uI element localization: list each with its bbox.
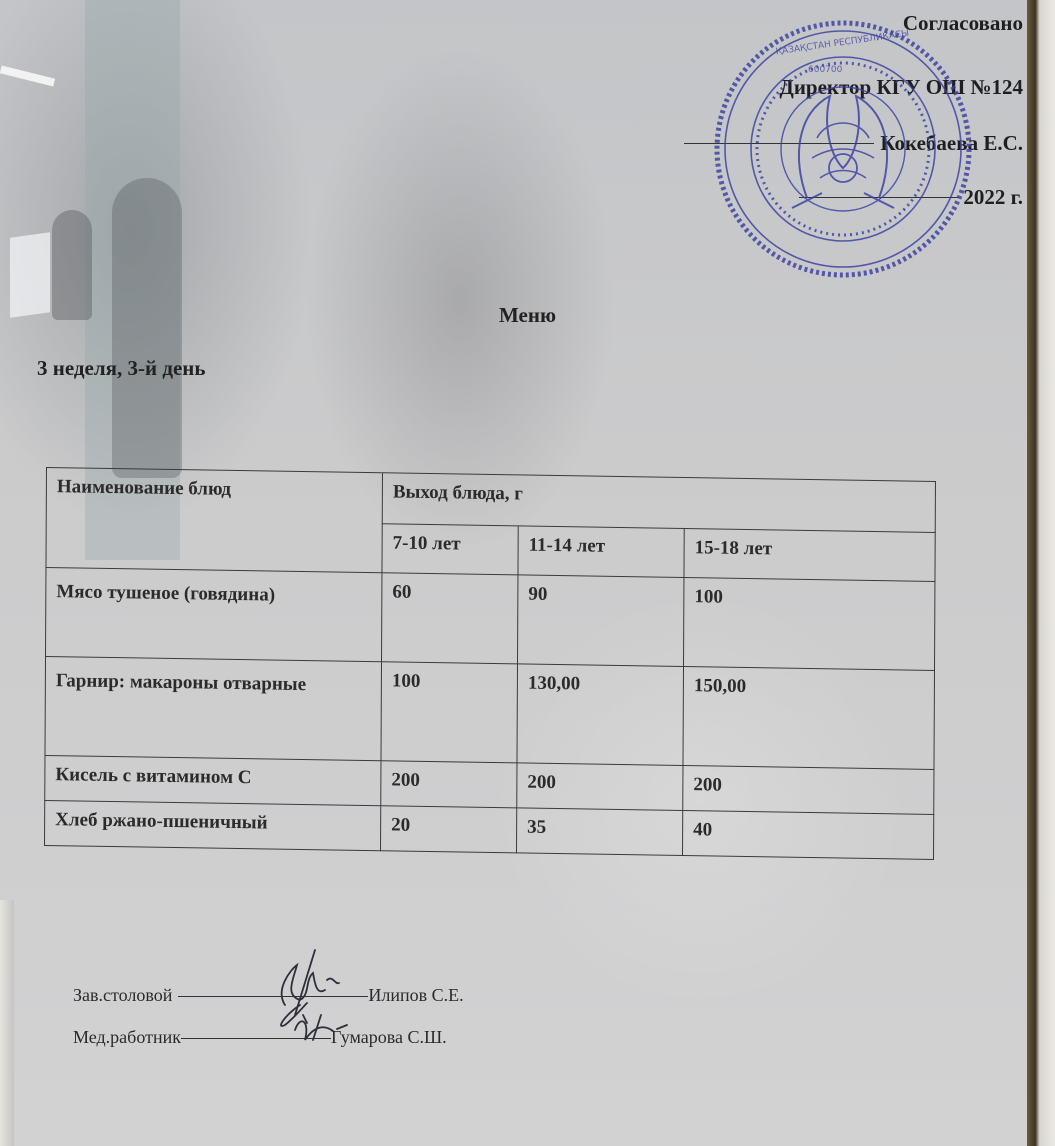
dish-yield: 130,00 (517, 664, 684, 766)
dish-yield: 60 (382, 573, 518, 664)
dish-yield: 20 (381, 806, 517, 853)
header-age-group: 15-18 лет (684, 529, 935, 582)
dish-yield: 40 (683, 811, 934, 860)
menu-day-label: 3 неделя, 3-й день (37, 356, 205, 381)
header-age-group: 7-10 лет (382, 524, 518, 575)
paper-edge (0, 900, 14, 1146)
dish-yield: 90 (518, 575, 684, 667)
frame-edge (1027, 0, 1055, 1146)
dish-name: Гарнир: макароны отварные (45, 656, 382, 760)
handwritten-signature-icon (255, 945, 375, 1055)
dish-yield: 200 (381, 761, 517, 808)
signoff-role: Мед.работник (73, 1027, 181, 1047)
dish-yield: 100 (381, 662, 518, 763)
svg-text:ҚАЗАҚСТАН РЕСПУБЛИКАСЫ: ҚАЗАҚСТАН РЕСПУБЛИКАСЫ (775, 29, 910, 58)
header-yield: Выход блюда, г (382, 473, 935, 533)
signoff-role: Зав.столовой (73, 985, 172, 1005)
official-stamp-icon: ҚАЗАҚСТАН РЕСПУБЛИКАСЫ 600700 (712, 18, 974, 280)
dish-yield: 200 (517, 763, 683, 811)
dish-yield: 150,00 (683, 667, 935, 770)
dish-yield: 100 (683, 578, 934, 671)
header-age-group: 11-14 лет (518, 526, 684, 578)
dish-name: Хлеб ржано-пшеничный (45, 800, 381, 850)
header-dish-name: Наименование блюд (46, 468, 383, 573)
dish-name: Кисель с витамином С (45, 755, 381, 805)
dish-name: Мясо тушеное (говядина) (46, 568, 382, 662)
signoff-name: Илипов С.Е. (368, 985, 463, 1005)
dish-yield: 200 (683, 766, 934, 815)
table-row: Гарнир: макароны отварные 100 130,00 150… (45, 656, 935, 769)
menu-table: Наименование блюд Выход блюда, г 7-10 ле… (44, 467, 936, 860)
svg-text:600700: 600700 (808, 65, 843, 75)
dish-yield: 35 (517, 808, 683, 856)
page-title: Меню (0, 303, 1055, 328)
table-row: Мясо тушеное (говядина) 60 90 100 (46, 568, 935, 671)
